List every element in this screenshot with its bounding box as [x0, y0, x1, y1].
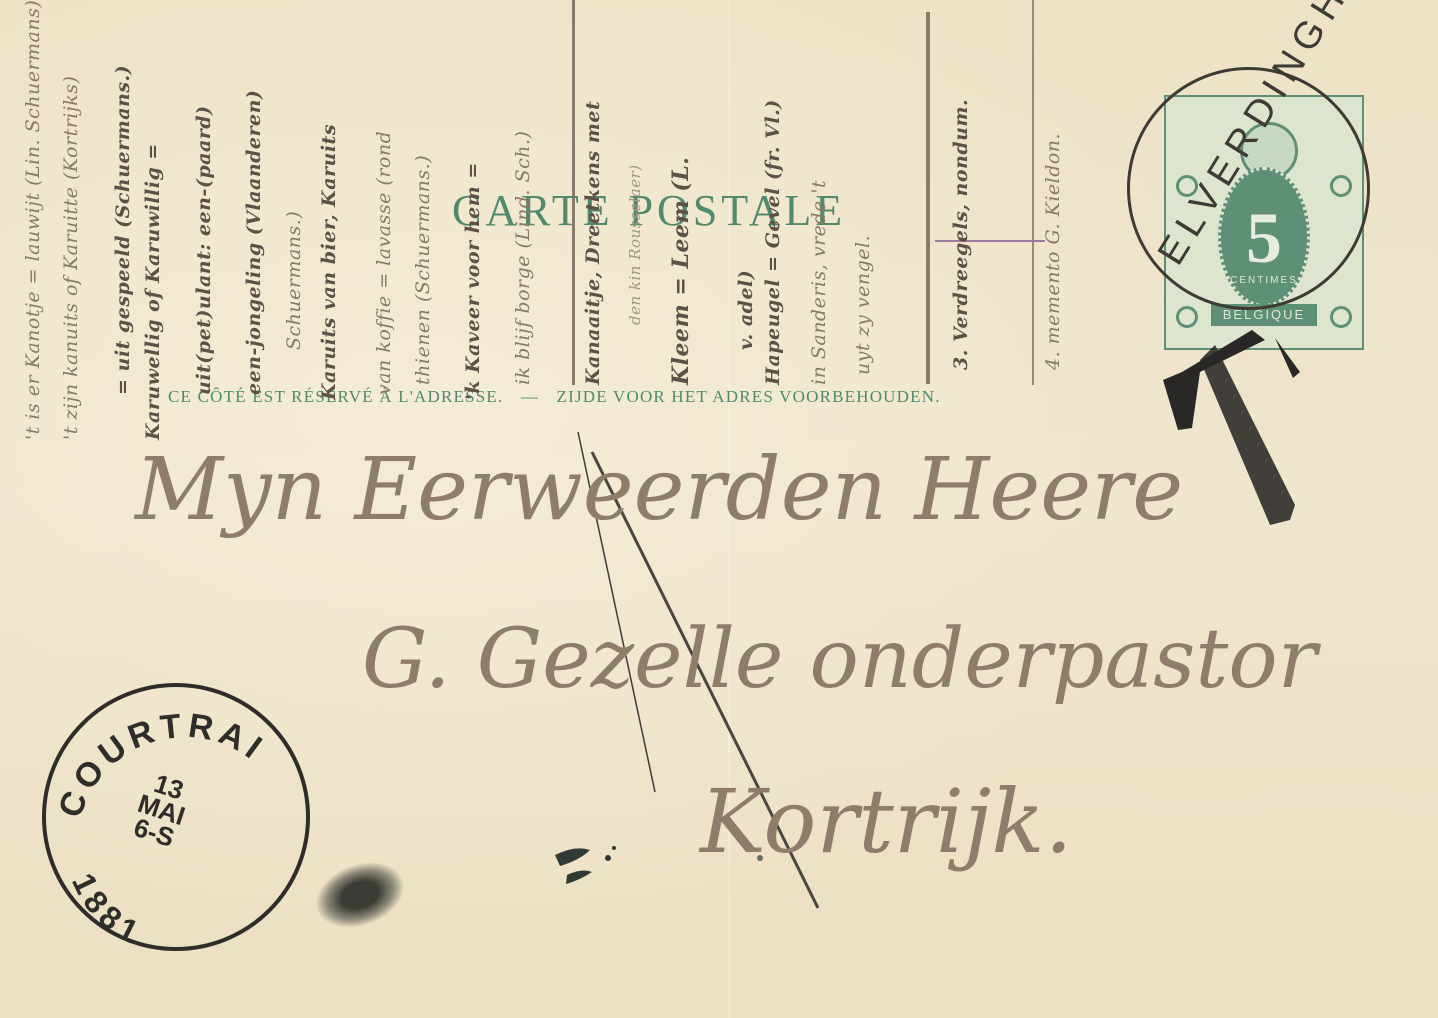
- postcard: CARTE POSTALE CE CÔTÉ EST RÉSERVÉ À L'AD…: [0, 0, 1438, 1018]
- arrival-postmark-text: COURTRAI 1881: [0, 0, 1438, 1018]
- arrival-postmark-year: 1881: [65, 868, 149, 953]
- svg-text:1881: 1881: [65, 868, 149, 953]
